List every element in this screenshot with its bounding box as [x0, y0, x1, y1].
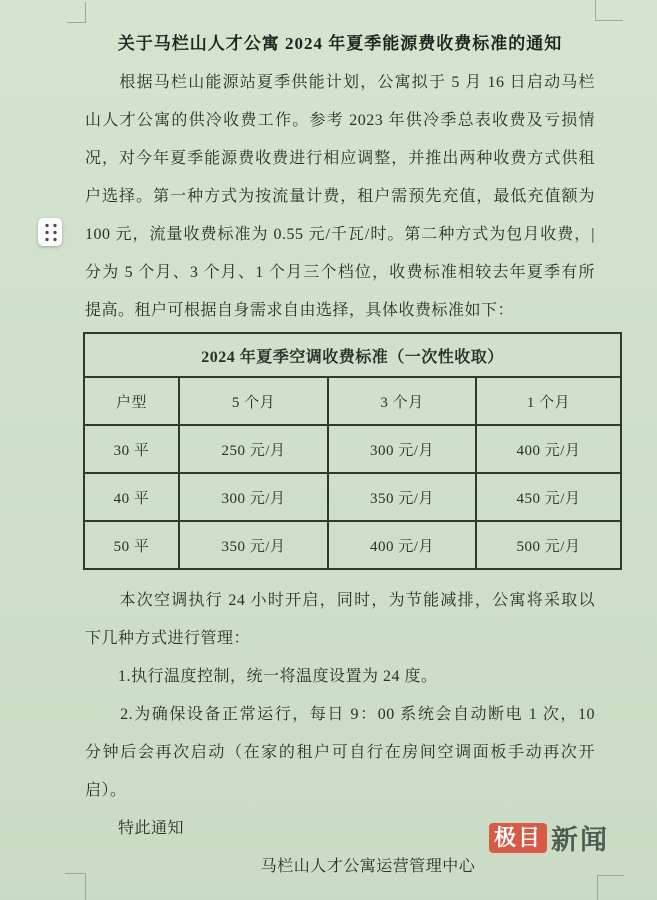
body-line: 启）。	[85, 772, 595, 810]
table-row: 50 平350 元/月400 元/月500 元/月	[84, 521, 621, 569]
jimu-news-watermark: 极目 新闻	[489, 818, 609, 857]
page-margin-mark-bottom-left	[65, 873, 86, 900]
table-cell: 300 元/月	[328, 425, 476, 473]
document-body: 关于马栏山人才公寓 2024 年夏季能源费收费标准的通知 根据马栏山能源站夏季供…	[85, 24, 595, 886]
jimu-news-suffix: 新闻	[551, 818, 609, 857]
paragraph-1: 根据马栏山能源站夏季供能计划，公寓拟于 5 月 16 日启动马栏山人才公寓的供冷…	[85, 64, 595, 330]
body-line: 本次空调执行 24 小时开启，同时，为节能减排，公寓将采取以	[85, 582, 595, 620]
table-title: 2024 年夏季空调收费标准（一次性收取）	[84, 333, 621, 377]
body-line: 根据马栏山能源站夏季供能计划，公寓拟于 5 月 16 日启动马栏	[85, 64, 595, 102]
page-margin-mark-bottom-right	[597, 875, 624, 900]
table-cell: 30 平	[84, 425, 179, 473]
table-header-row: 户型5 个月3 个月1 个月	[84, 377, 621, 425]
table-title-row: 2024 年夏季空调收费标准（一次性收取）	[84, 333, 621, 377]
header-cell: 3 个月	[328, 377, 476, 425]
body-line: 2.为确保设备正常运行，每日 9：00 系统会自动断电 1 次，10	[85, 696, 595, 734]
body-line: 山人才公寓的供冷收费工作。参考 2023 年供冷季总表收费及亏损情	[85, 102, 595, 140]
page-margin-mark-top-left	[67, 2, 86, 23]
table-row: 30 平250 元/月300 元/月400 元/月	[84, 425, 621, 473]
table-cell: 300 元/月	[179, 473, 328, 521]
drag-handle-icon[interactable]	[38, 218, 62, 246]
paragraph-2: 本次空调执行 24 小时开启，同时，为节能减排，公寓将采取以下几种方式进行管理：…	[85, 582, 595, 810]
body-line: 100 元，流量收费标准为 0.55 元/千瓦/时。第二种方式为包月收费，|	[85, 216, 595, 254]
body-line: 户选择。第一种方式为按流量计费，租户需预先充值，最低充值额为	[85, 178, 595, 216]
table-cell: 50 平	[84, 521, 179, 569]
table-cell: 250 元/月	[179, 425, 328, 473]
table-cell: 500 元/月	[476, 521, 621, 569]
table-cell: 350 元/月	[328, 473, 476, 521]
table-cell: 450 元/月	[476, 473, 621, 521]
body-line: 提高。租户可根据自身需求自由选择，具体收费标准如下：	[85, 292, 595, 330]
table-cell: 40 平	[84, 473, 179, 521]
page-margin-mark-top-right	[595, 0, 623, 21]
table-body: 30 平250 元/月300 元/月400 元/月40 平300 元/月350 …	[84, 425, 621, 569]
body-line: 分为 5 个月、3 个月、1 个月三个档位，收费标准相较去年夏季有所	[85, 254, 595, 292]
table-cell: 400 元/月	[328, 521, 476, 569]
page-title: 关于马栏山人才公寓 2024 年夏季能源费收费标准的通知	[85, 24, 595, 64]
header-cell: 1 个月	[476, 377, 621, 425]
table-cell: 400 元/月	[476, 425, 621, 473]
header-cell: 5 个月	[179, 377, 328, 425]
fee-table: 2024 年夏季空调收费标准（一次性收取） 户型5 个月3 个月1 个月 30 …	[83, 332, 622, 570]
table-row: 40 平300 元/月350 元/月450 元/月	[84, 473, 621, 521]
table-cell: 350 元/月	[179, 521, 328, 569]
jimu-news-badge: 极目	[489, 823, 547, 853]
body-line: 1.执行温度控制，统一将温度设置为 24 度。	[85, 658, 595, 696]
body-line: 下几种方式进行管理：	[85, 620, 595, 658]
body-line: 况，对今年夏季能源费收费进行相应调整，并推出两种收费方式供租	[85, 140, 595, 178]
body-line: 分钟后会再次启动（在家的租户可自行在房间空调面板手动再次开	[85, 734, 595, 772]
header-cell: 户型	[84, 377, 179, 425]
